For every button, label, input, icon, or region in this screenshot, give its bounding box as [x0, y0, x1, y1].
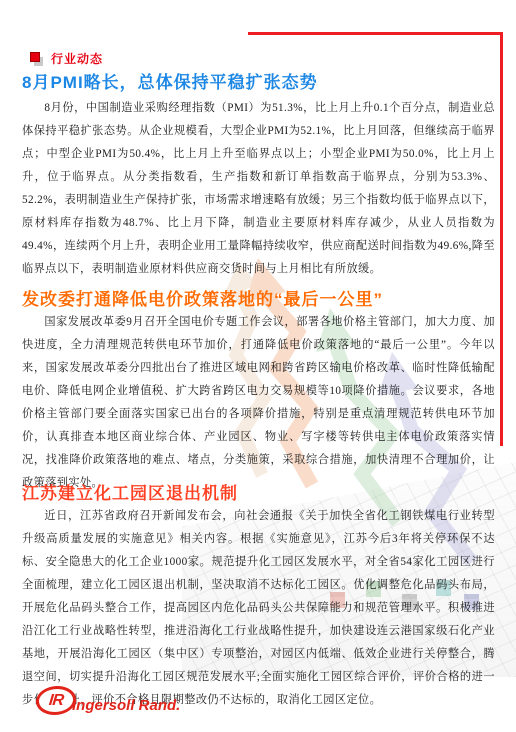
article-1-title: 8月PMI略长，总体保持平稳扩张态势 — [22, 68, 497, 93]
newsletter-page: 行业动态 8月PMI略长，总体保持平稳扩张态势 8月份，中国制造业采购经理指数（… — [0, 0, 516, 732]
right-vertical-rule — [500, 32, 503, 446]
ir-logo-initials: IR — [48, 692, 64, 710]
article-1-body: 8月份，中国制造业采购经理指数（PMI）为51.3%，比上月上升0.1个百分点，… — [22, 97, 495, 281]
section-label-square-icon — [30, 52, 44, 66]
top-horizontal-rule — [248, 32, 503, 35]
section-label-row: 行业动态 — [30, 50, 103, 67]
article-2-body: 国家发展改革委9月召开全国电价专题工作会议，部署各地价格主管部门，加大力度、加快… — [22, 311, 495, 495]
square-main — [30, 52, 40, 62]
ingersoll-rand-logo: IR Ingersoll Rand. — [36, 686, 180, 715]
section-label-text: 行业动态 — [51, 50, 103, 67]
article-2-title: 发改委打通降低电价政策落地的“最后一公里” — [22, 285, 497, 310]
ir-logo-wordmark: Ingersoll Rand. — [72, 697, 180, 714]
article-3-title: 江苏建立化工园区退出机制 — [22, 479, 497, 504]
article-3-body: 近日，江苏省政府召开新闻发布会，向社会通报《关于加快全省化工钢铁煤电行业转型升级… — [22, 505, 495, 712]
